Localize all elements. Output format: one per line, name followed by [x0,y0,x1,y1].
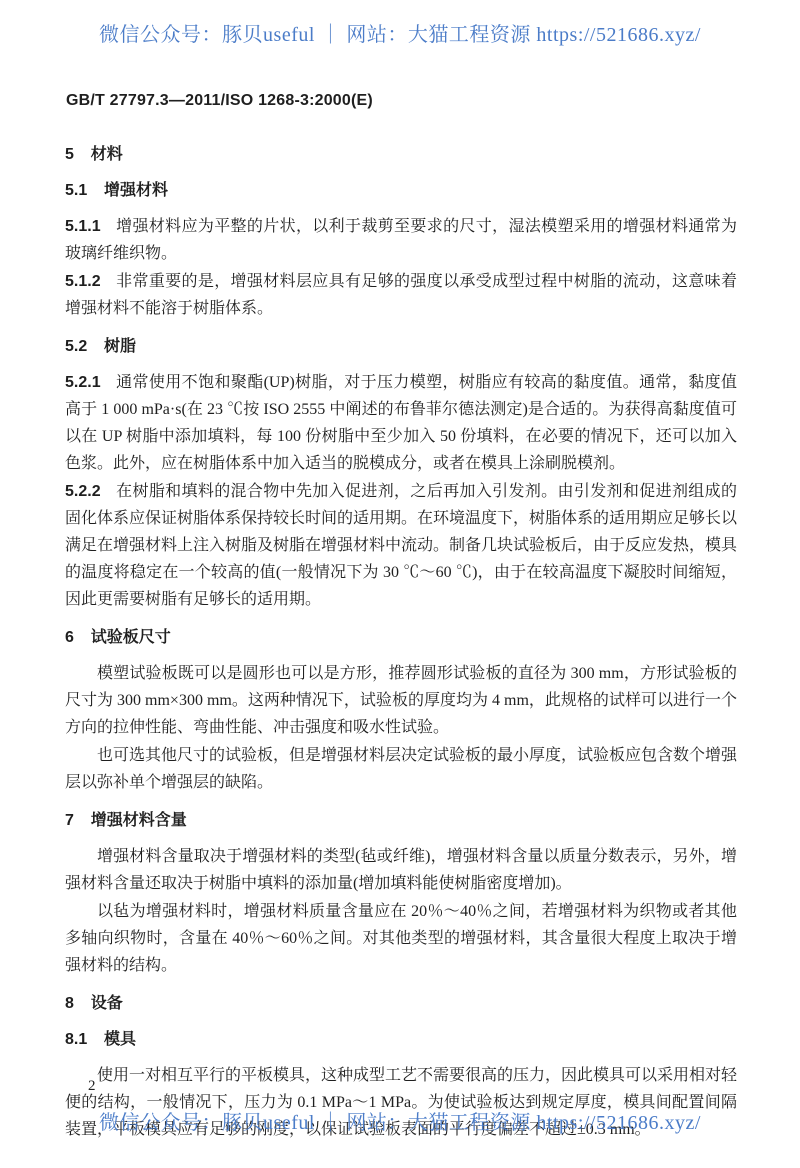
section-title: 增强材料含量 [91,812,187,829]
section-number: 5.2 [65,338,87,355]
section-heading-8: 8设备 [65,992,737,1015]
clause-number: 5.1.2 [65,273,101,290]
paragraph: 增强材料含量取决于增强材料的类型(毡或纤维)，增强材料含量以质量分数表示，另外，… [65,843,737,897]
section-heading-7: 7增强材料含量 [65,809,737,832]
section-number: 5.1 [65,182,87,199]
clause-text: 在树脂和填料的混合物中先加入促进剂，之后再加入引发剂。由引发剂和促进剂组成的固化… [65,483,737,608]
section-title: 设备 [91,995,123,1012]
sub-heading-8-1: 8.1模具 [65,1028,737,1051]
section-number: 6 [65,629,74,646]
paragraph: 以毡为增强材料时，增强材料质量含量应在 20％～40％之间，若增强材料为织物或者… [65,898,737,979]
document-content: 5材料 5.1增强材料 5.1.1增强材料应为平整的片状，以利于裁剪至要求的尺寸… [65,143,737,1144]
section-number: 5 [65,146,74,163]
paragraph: 模塑试验板既可以是圆形也可以是方形，推荐圆形试验板的直径为 300 mm，方形试… [65,660,737,741]
section-number: 7 [65,812,74,829]
clause-number: 5.2.1 [65,374,101,391]
page-number: 2 [88,1078,96,1095]
clause-5-1-2: 5.1.2非常重要的是，增强材料层应具有足够的强度以承受成型过程中树脂的流动，这… [65,268,737,322]
sub-heading-5-2: 5.2树脂 [65,335,737,358]
section-title: 树脂 [104,338,136,355]
clause-number: 5.1.1 [65,218,101,235]
clause-5-2-2: 5.2.2在树脂和填料的混合物中先加入促进剂，之后再加入引发剂。由引发剂和促进剂… [65,478,737,613]
clause-text: 非常重要的是，增强材料层应具有足够的强度以承受成型过程中树脂的流动，这意味着增强… [65,273,737,317]
standard-number: GB/T 27797.3—2011/ISO 1268-3:2000(E) [66,92,373,110]
section-heading-6: 6试验板尺寸 [65,626,737,649]
section-title: 增强材料 [104,182,168,199]
section-title: 模具 [104,1031,136,1048]
clause-5-2-1: 5.2.1通常使用不饱和聚酯(UP)树脂，对于压力模塑，树脂应有较高的黏度值。通… [65,369,737,477]
clause-number: 5.2.2 [65,483,101,500]
section-title: 试验板尺寸 [91,629,171,646]
watermark-bottom: 微信公众号：豚贝useful ｜ 网站：大猫工程资源 https://52168… [0,1106,800,1135]
watermark-top: 微信公众号：豚贝useful ｜ 网站：大猫工程资源 https://52168… [0,18,800,47]
clause-text: 通常使用不饱和聚酯(UP)树脂，对于压力模塑，树脂应有较高的黏度值。通常，黏度值… [65,374,737,472]
section-number: 8 [65,995,74,1012]
clause-5-1-1: 5.1.1增强材料应为平整的片状，以利于裁剪至要求的尺寸，湿法模塑采用的增强材料… [65,213,737,267]
sub-heading-5-1: 5.1增强材料 [65,179,737,202]
document-page: 微信公众号：豚贝useful ｜ 网站：大猫工程资源 https://52168… [0,0,800,1168]
section-title: 材料 [91,146,123,163]
paragraph: 也可选其他尺寸的试验板，但是增强材料层决定试验板的最小厚度，试验板应包含数个增强… [65,742,737,796]
clause-text: 增强材料应为平整的片状，以利于裁剪至要求的尺寸，湿法模塑采用的增强材料通常为玻璃… [65,218,737,262]
section-number: 8.1 [65,1031,87,1048]
section-heading-5: 5材料 [65,143,737,166]
